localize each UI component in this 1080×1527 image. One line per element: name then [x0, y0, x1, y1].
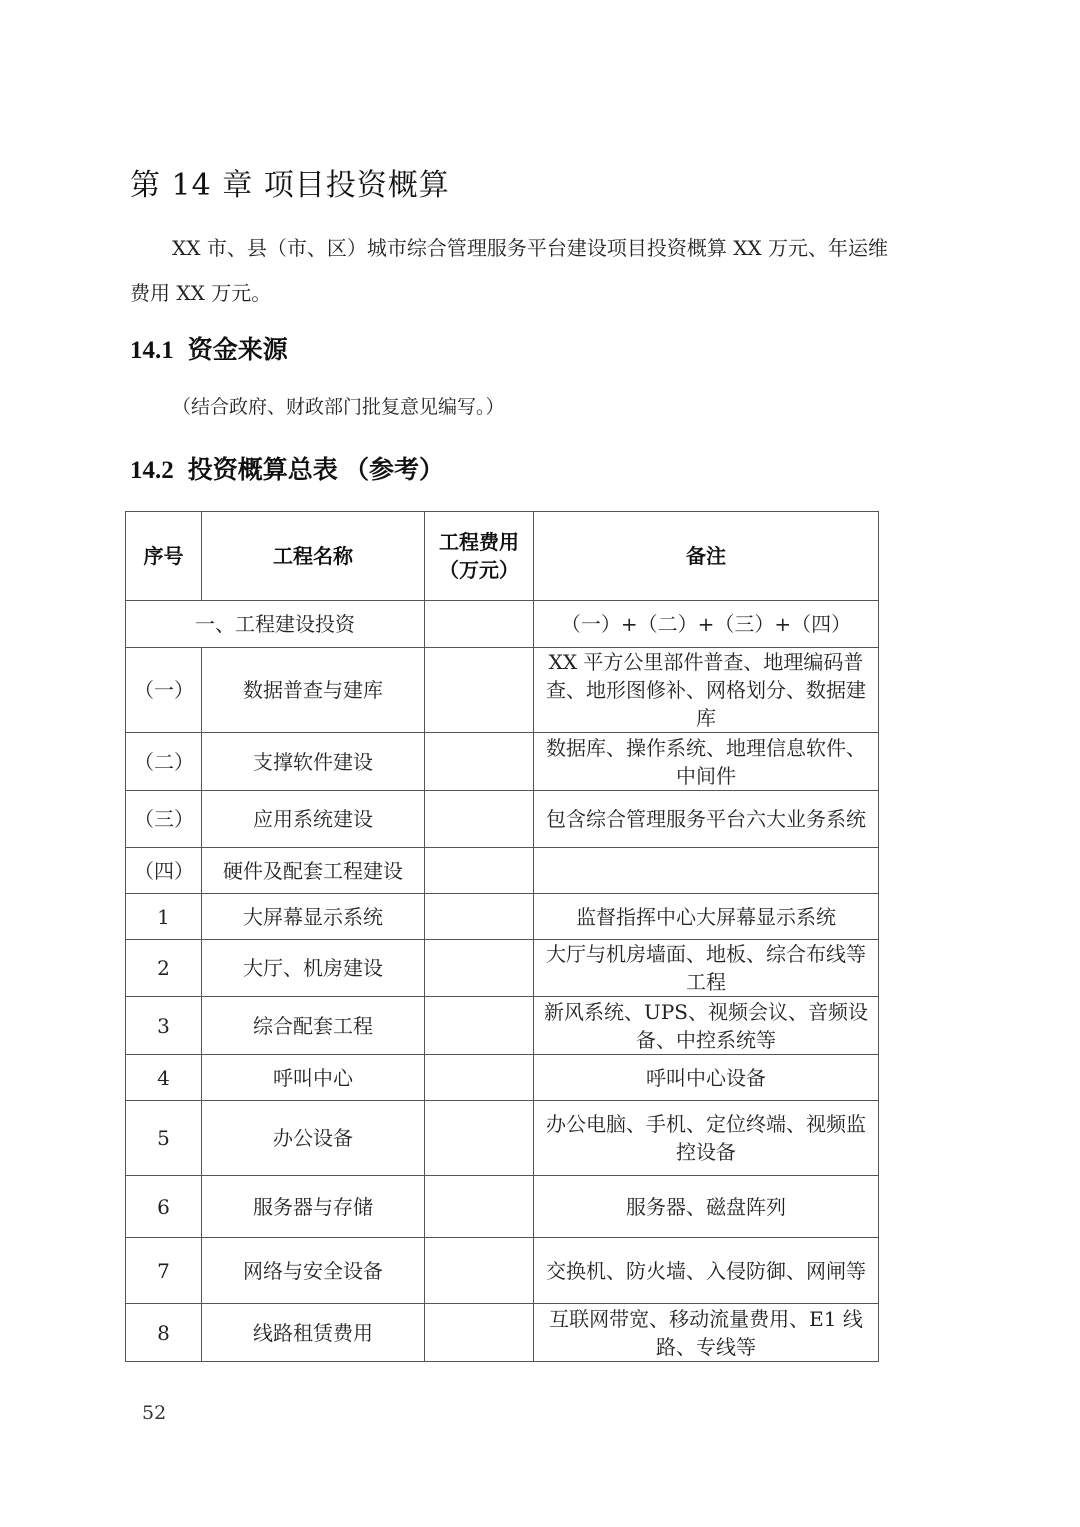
cell-remark: 呼叫中心设备: [534, 1055, 879, 1101]
header-seq: 序号: [126, 512, 202, 601]
cell-remark: 互联网带宽、移动流量费用、E1 线路、专线等: [534, 1304, 879, 1362]
summary-label: 一、工程建设投资: [126, 601, 425, 648]
cell-name: 线路租赁费用: [202, 1304, 425, 1362]
section-heading-budget-table: 14.2投资概算总表 （参考）: [130, 450, 444, 486]
cell-name: 网络与安全设备: [202, 1238, 425, 1304]
cell-seq: 4: [126, 1055, 202, 1101]
cell-seq: 3: [126, 997, 202, 1055]
cell-cost: [425, 940, 534, 997]
cell-seq: 8: [126, 1304, 202, 1362]
table-row: 1大屏幕显示系统监督指挥中心大屏幕显示系统: [126, 894, 879, 940]
investment-budget-table: 序号 工程名称 工程费用（万元） 备注 一、工程建设投资 （一）+（二）+（三）…: [125, 511, 879, 1362]
cell-remark: 包含综合管理服务平台六大业务系统: [534, 791, 879, 848]
cell-cost: [425, 648, 534, 733]
cell-name: 办公设备: [202, 1101, 425, 1176]
cell-seq: （二）: [126, 733, 202, 791]
cell-name: 综合配套工程: [202, 997, 425, 1055]
cell-remark: XX 平方公里部件普查、地理编码普查、地形图修补、网格划分、数据建库: [534, 648, 879, 733]
cell-seq: 1: [126, 894, 202, 940]
cell-seq: （三）: [126, 791, 202, 848]
cell-seq: 6: [126, 1176, 202, 1238]
cell-name: 呼叫中心: [202, 1055, 425, 1101]
table-row: （四）硬件及配套工程建设: [126, 848, 879, 894]
cell-remark: 交换机、防火墙、入侵防御、网闸等: [534, 1238, 879, 1304]
cell-remark: 服务器、磁盘阵列: [534, 1176, 879, 1238]
page-number: 52: [142, 1402, 166, 1424]
cell-remark: 数据库、操作系统、地理信息软件、中间件: [534, 733, 879, 791]
cell-remark: [534, 848, 879, 894]
cell-cost: [425, 1176, 534, 1238]
cell-remark: 大厅与机房墙面、地板、综合布线等工程: [534, 940, 879, 997]
header-cost: 工程费用（万元）: [425, 512, 534, 601]
cell-cost: [425, 997, 534, 1055]
cell-cost: [425, 848, 534, 894]
header-remark: 备注: [534, 512, 879, 601]
cell-remark: 办公电脑、手机、定位终端、视频监控设备: [534, 1101, 879, 1176]
table-row: （三）应用系统建设包含综合管理服务平台六大业务系统: [126, 791, 879, 848]
cell-seq: 7: [126, 1238, 202, 1304]
cell-cost: [425, 733, 534, 791]
cell-name: 支撑软件建设: [202, 733, 425, 791]
cell-cost: [425, 894, 534, 940]
cell-cost: [425, 1101, 534, 1176]
cell-cost: [425, 1238, 534, 1304]
cell-seq: 2: [126, 940, 202, 997]
cell-cost: [425, 791, 534, 848]
cell-cost: [425, 1055, 534, 1101]
table-row: 2大厅、机房建设大厅与机房墙面、地板、综合布线等工程: [126, 940, 879, 997]
cell-remark: 新风系统、UPS、视频会议、音频设备、中控系统等: [534, 997, 879, 1055]
cell-name: 应用系统建设: [202, 791, 425, 848]
cell-seq: （四）: [126, 848, 202, 894]
table-header-row: 序号 工程名称 工程费用（万元） 备注: [126, 512, 879, 601]
table-row: 6服务器与存储服务器、磁盘阵列: [126, 1176, 879, 1238]
section-number: 14.2: [130, 457, 174, 484]
cell-name: 服务器与存储: [202, 1176, 425, 1238]
summary-row: 一、工程建设投资 （一）+（二）+（三）+（四）: [126, 601, 879, 648]
section-number: 14.1: [130, 337, 174, 364]
summary-remark: （一）+（二）+（三）+（四）: [534, 601, 879, 648]
cell-name: 大屏幕显示系统: [202, 894, 425, 940]
table-row: 4呼叫中心呼叫中心设备: [126, 1055, 879, 1101]
table-row: 3综合配套工程新风系统、UPS、视频会议、音频设备、中控系统等: [126, 997, 879, 1055]
cell-name: 硬件及配套工程建设: [202, 848, 425, 894]
table-row: 7网络与安全设备交换机、防火墙、入侵防御、网闸等: [126, 1238, 879, 1304]
table-row: （一）数据普查与建库XX 平方公里部件普查、地理编码普查、地形图修补、网格划分、…: [126, 648, 879, 733]
table-row: 8线路租赁费用互联网带宽、移动流量费用、E1 线路、专线等: [126, 1304, 879, 1362]
cell-cost: [425, 1304, 534, 1362]
cell-name: 大厅、机房建设: [202, 940, 425, 997]
table-row: 5办公设备办公电脑、手机、定位终端、视频监控设备: [126, 1101, 879, 1176]
header-name: 工程名称: [202, 512, 425, 601]
cell-seq: 5: [126, 1101, 202, 1176]
table-row: （二）支撑软件建设数据库、操作系统、地理信息软件、中间件: [126, 733, 879, 791]
summary-cost: [425, 601, 534, 648]
cell-seq: （一）: [126, 648, 202, 733]
section-title: 投资概算总表 （参考）: [188, 457, 444, 484]
chapter-title: 第 14 章 项目投资概算: [130, 160, 450, 204]
section-title: 资金来源: [188, 337, 288, 364]
cell-remark: 监督指挥中心大屏幕显示系统: [534, 894, 879, 940]
section-heading-funding: 14.1资金来源: [130, 330, 288, 366]
funding-note: （结合政府、财政部门批复意见编写。）: [172, 392, 505, 419]
cell-name: 数据普查与建库: [202, 648, 425, 733]
intro-paragraph: XX 市、县（市、区）城市综合管理服务平台建设项目投资概算 XX 万元、年运维费…: [130, 226, 890, 316]
